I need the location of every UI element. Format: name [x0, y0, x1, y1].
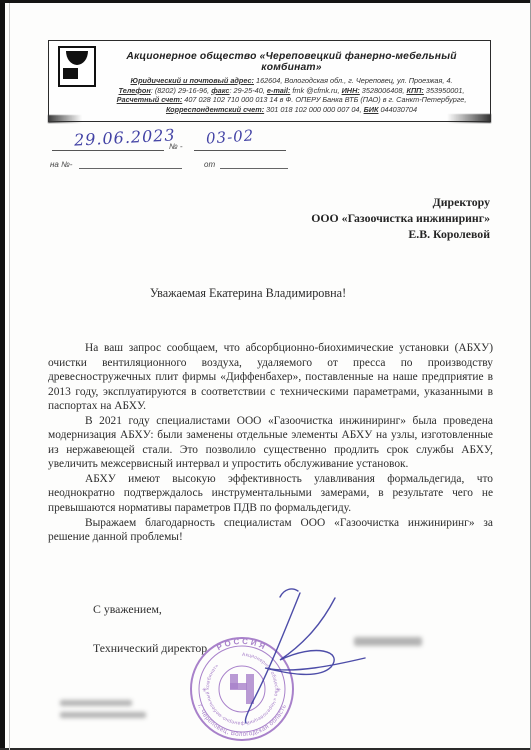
from-label: от — [204, 160, 215, 169]
company-logo-icon — [58, 46, 96, 87]
scanned-letter-page: { "colors": {"ink": "#4343a5", "stamp": … — [0, 0, 531, 750]
redacted-executor-line1 — [60, 700, 132, 706]
closing-regards: С уважением, — [93, 602, 162, 617]
date-underline — [52, 150, 164, 151]
company-name: Акционерное общество «Череповецкий фанер… — [101, 51, 482, 73]
header-detail-line: Расчетный счет: 407 028 102 710 000 013 … — [99, 95, 484, 105]
letterhead-box: Акционерное общество «Череповецкий фанер… — [48, 40, 491, 122]
recipient-line: Директору — [311, 194, 490, 210]
paper-edge-shadow — [9, 3, 10, 750]
pen-signature — [180, 585, 400, 747]
scan-edge-left — [0, 0, 5, 750]
number-label: № - — [169, 142, 183, 151]
header-detail-line: Юридический и почтовый адрес: 162604, Во… — [99, 76, 484, 86]
body-paragraph: В 2021 году специалистами ООО «Газоочист… — [48, 414, 493, 472]
salutation: Уважаемая Екатерина Владимировна! — [48, 286, 448, 301]
reply-to-label: на №- — [50, 160, 72, 169]
handwritten-number: 03-02 — [205, 126, 254, 147]
letter-body: На ваш запрос сообщаем, что абсорбционно… — [48, 341, 493, 545]
recipient-line: ООО «Газоочистка инжиниринг» — [311, 210, 490, 226]
header-detail-line: Корреспондентский счет: 301 018 102 000 … — [99, 105, 484, 115]
number-underline — [194, 150, 286, 151]
scan-smudge-left — [48, 115, 82, 123]
header-detail-line: Телефон: (8202) 29-16-96, факс: 29-25-40… — [99, 86, 484, 96]
logo-bowl-shape — [66, 51, 88, 65]
body-paragraph: На ваш запрос сообщаем, что абсорбционно… — [48, 341, 493, 414]
recipient-block: ДиректоруООО «Газоочистка инжиниринг»Е.В… — [311, 194, 490, 242]
from-underline — [220, 168, 288, 169]
handwritten-date: 29.06.2023 — [74, 125, 176, 149]
body-paragraph: Выражаем благодарность специалистам ООО … — [48, 516, 493, 545]
body-paragraph: АБХУ имеют высокую эффективность улавлив… — [48, 472, 493, 516]
reference-block: 29.06.2023 № - 03-02 на №- от — [48, 128, 298, 173]
scan-edge-top — [0, 0, 531, 3]
scan-smudge-right — [447, 114, 491, 123]
logo-bar-shape — [63, 68, 78, 79]
reply-underline — [79, 168, 182, 169]
recipient-line: Е.В. Королевой — [311, 226, 490, 242]
header-detail-lines: Юридический и почтовый адрес: 162604, Во… — [99, 76, 484, 114]
redacted-executor-line2 — [60, 712, 146, 718]
